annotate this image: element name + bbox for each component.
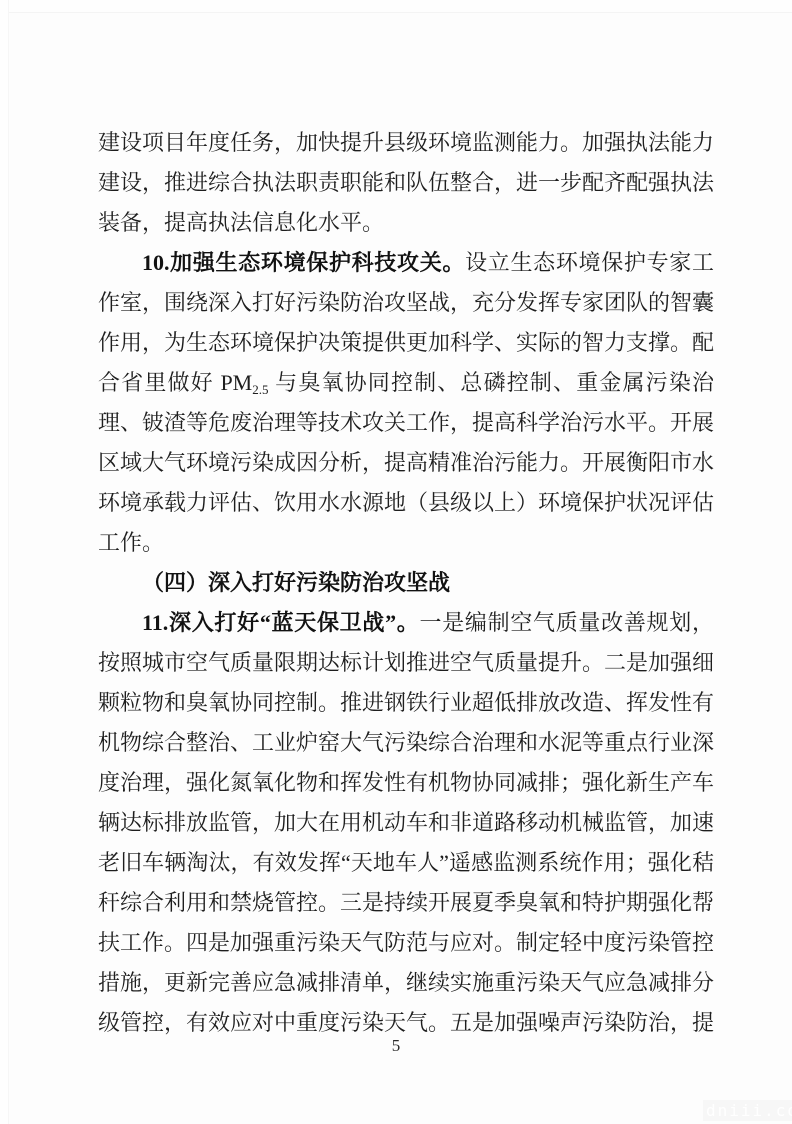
document-page: 建设项目年度任务，加快提升县级环境监测能力。加强执法能力建设，推进综合执法职责职… bbox=[0, 0, 792, 1124]
document-body: 建设项目年度任务，加快提升县级环境监测能力。加强执法能力建设，推进综合执法职责职… bbox=[98, 123, 714, 1043]
watermark: dniii.co bbox=[703, 1100, 792, 1121]
page-left-edge bbox=[0, 0, 9, 1124]
para-continuation: 建设项目年度任务，加快提升县级环境监测能力。加强执法能力建设，推进综合执法职责职… bbox=[98, 123, 714, 243]
paragraph-text: 与臭氧协同控制、总磷控制、重金属污染治理、铍渣等危废治理等技术攻关工作，提高科学… bbox=[98, 370, 714, 555]
paragraph-text: 一是编制空气质量改善规划，按照城市空气质量限期达标计划推进空气质量提升。二是加强… bbox=[98, 610, 714, 1035]
paragraph-heading-text: 11.深入打好“蓝天保卫战”。 bbox=[142, 610, 419, 635]
heading-section-4: （四）深入打好污染防治攻坚战 bbox=[98, 563, 714, 603]
page-number: 5 bbox=[0, 1036, 792, 1056]
para-item-11: 11.深入打好“蓝天保卫战”。一是编制空气质量改善规划，按照城市空气质量限期达标… bbox=[98, 603, 714, 1043]
para-item-10: 10.加强生态环境保护科技攻关。设立生态环境保护专家工作室，围绕深入打好污染防治… bbox=[98, 243, 714, 563]
paragraph-heading-text: （四）深入打好污染防治攻坚战 bbox=[142, 570, 450, 595]
paragraph-text: 2.5 bbox=[252, 382, 268, 397]
paragraph-text: 建设项目年度任务，加快提升县级环境监测能力。加强执法能力建设，推进综合执法职责职… bbox=[98, 130, 714, 235]
paragraph-heading-text: 10.加强生态环境保护科技攻关。 bbox=[142, 250, 465, 275]
page-top-edge bbox=[0, 0, 792, 13]
